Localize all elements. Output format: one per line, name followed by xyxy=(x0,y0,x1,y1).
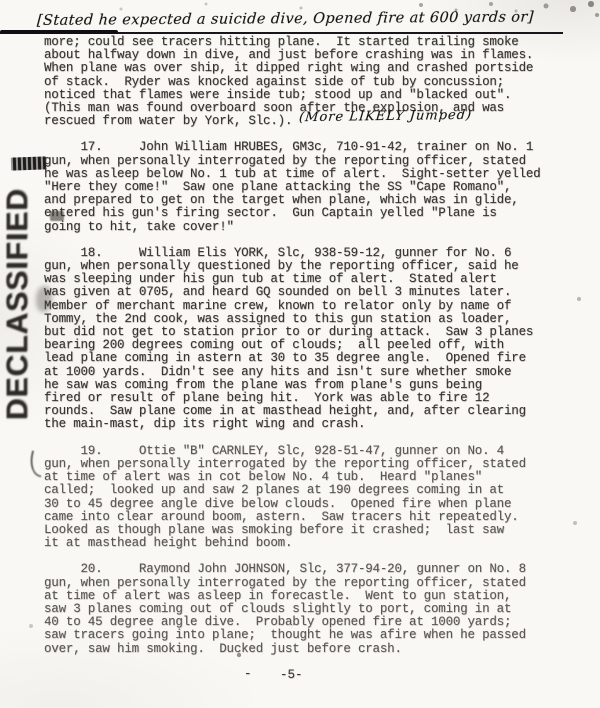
paragraph-17: 17. John William HRUBES, GM3c, 710-91-42… xyxy=(44,141,574,233)
paragraph-20: 20. Raymond John JOHNSON, Slc, 377-94-20… xyxy=(44,563,574,655)
typed-text-column: more; could see tracers hitting plane. I… xyxy=(44,36,574,669)
paragraph-18: 18. William Elis YORK, Slc, 938-59-12, g… xyxy=(44,247,574,432)
page-number: -5- xyxy=(280,668,303,682)
margin-rule-line xyxy=(0,30,118,34)
paragraph-19: 19. Ottie "B" CARNLEY, Slc, 928-51-47, g… xyxy=(44,445,574,551)
scan-noise-speckles xyxy=(0,0,2,2)
handwritten-annotation-inline: (More LIKELY Jumped) xyxy=(298,108,472,125)
declassified-stamp: DECLASSIFIED xyxy=(0,164,36,444)
handwritten-annotation-top: [Stated he expected a suicide dive, Open… xyxy=(37,9,578,29)
scanned-document-page: [Stated he expected a suicide dive, Open… xyxy=(0,0,600,708)
footer-stray-dash: - xyxy=(244,667,252,681)
